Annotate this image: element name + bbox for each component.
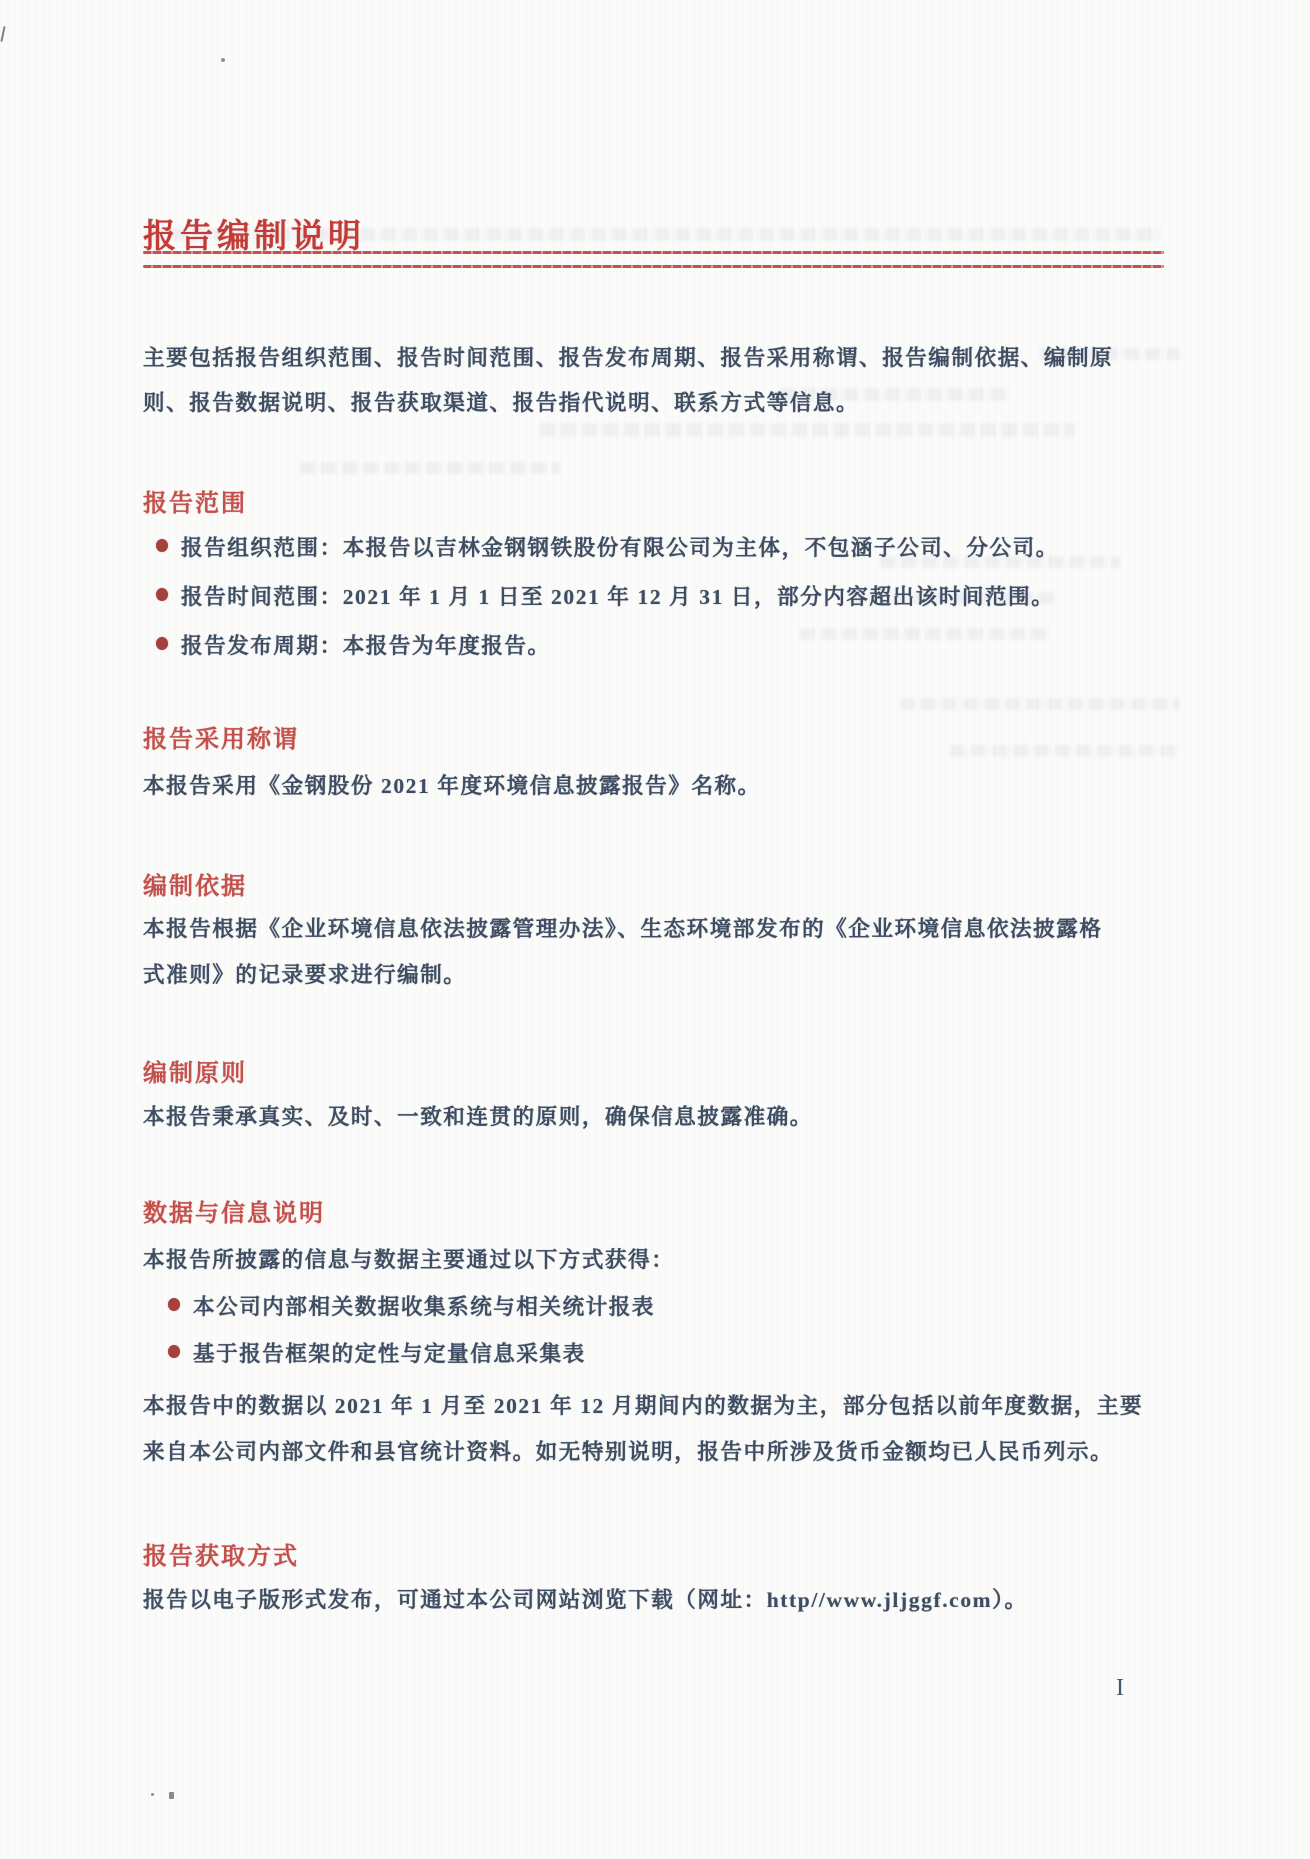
bullet-text: 基于报告框架的定性与定量信息采集表: [193, 1337, 586, 1368]
bullet-text: 报告时间范围：2021 年 1 月 1 日至 2021 年 12 月 31 日，…: [181, 580, 1054, 611]
bullet-item: 本公司内部相关数据收集系统与相关统计报表: [168, 1290, 655, 1321]
bullet-text: 报告发布周期：本报告为年度报告。: [181, 629, 551, 660]
paragraph-line: 来自本公司内部文件和县官统计资料。如无特别说明，报告中所涉及货币金额均已人民币列…: [143, 1435, 1113, 1466]
paragraph-line: 本报告所披露的信息与数据主要通过以下方式获得：: [143, 1243, 674, 1274]
paragraph-line: 本报告中的数据以 2021 年 1 月至 2021 年 12 月期间内的数据为主…: [143, 1389, 1143, 1420]
bullet-item: 报告发布周期：本报告为年度报告。: [156, 629, 551, 660]
scanned-page: 报告编制说明 主要包括报告组织范围、报告时间范围、报告发布周期、报告采用称谓、报…: [0, 0, 1310, 1859]
bleedthrough-smudge: [540, 423, 1075, 437]
section-heading-report-scope: 报告范围: [143, 483, 247, 518]
section-heading-report-naming: 报告采用称谓: [143, 719, 299, 754]
bullet-dot-icon: [168, 1298, 180, 1311]
bleedthrough-smudge: [800, 628, 1050, 640]
paragraph-line: 报告以电子版形式发布，可通过本公司网站浏览下载（网址：http//www.jlj…: [143, 1583, 1028, 1614]
paragraph-line: 式准则》的记录要求进行编制。: [143, 958, 466, 989]
scan-artifact: [151, 1793, 154, 1796]
bullet-dot-icon: [156, 637, 168, 650]
intro-paragraph-line: 主要包括报告组织范围、报告时间范围、报告发布周期、报告采用称谓、报告编制依据、编…: [143, 341, 1113, 372]
bullet-item: 报告时间范围：2021 年 1 月 1 日至 2021 年 12 月 31 日，…: [156, 580, 1054, 611]
bleedthrough-smudge: [300, 462, 560, 474]
section-heading-compilation-principles: 编制原则: [143, 1053, 247, 1088]
paragraph-line: 本报告秉承真实、及时、一致和连贯的原则，确保信息披露准确。: [143, 1100, 813, 1131]
section-heading-data-info: 数据与信息说明: [143, 1193, 325, 1228]
bullet-text: 报告组织范围：本报告以吉林金钢钢铁股份有限公司为主体，不包涵子公司、分公司。: [181, 531, 1059, 562]
page-title: 报告编制说明: [143, 210, 365, 257]
section-heading-report-access: 报告获取方式: [143, 1536, 299, 1571]
bullet-dot-icon: [168, 1345, 180, 1358]
page-number: I: [1116, 1675, 1124, 1702]
scan-artifact: [221, 58, 225, 62]
bullet-dot-icon: [156, 539, 168, 552]
title-underline: [143, 265, 1164, 268]
bullet-item: 基于报告框架的定性与定量信息采集表: [168, 1337, 586, 1368]
scan-artifact: [0, 26, 5, 42]
section-heading-compilation-basis: 编制依据: [143, 866, 247, 901]
intro-paragraph-line: 则、报告数据说明、报告获取渠道、报告指代说明、联系方式等信息。: [143, 386, 859, 417]
scan-artifact: [169, 1792, 174, 1799]
paragraph-line: 本报告根据《企业环境信息依法披露管理办法》、生态环境部发布的《企业环境信息依法披…: [143, 912, 1102, 943]
bullet-item: 报告组织范围：本报告以吉林金钢钢铁股份有限公司为主体，不包涵子公司、分公司。: [156, 531, 1059, 562]
title-underline: [143, 251, 1164, 254]
bleedthrough-smudge: [900, 698, 1180, 710]
paragraph-line: 本报告采用《金钢股份 2021 年度环境信息披露报告》名称。: [143, 769, 761, 800]
bleedthrough-smudge: [950, 745, 1180, 757]
bullet-text: 本公司内部相关数据收集系统与相关统计报表: [193, 1290, 655, 1321]
bullet-dot-icon: [156, 588, 168, 601]
